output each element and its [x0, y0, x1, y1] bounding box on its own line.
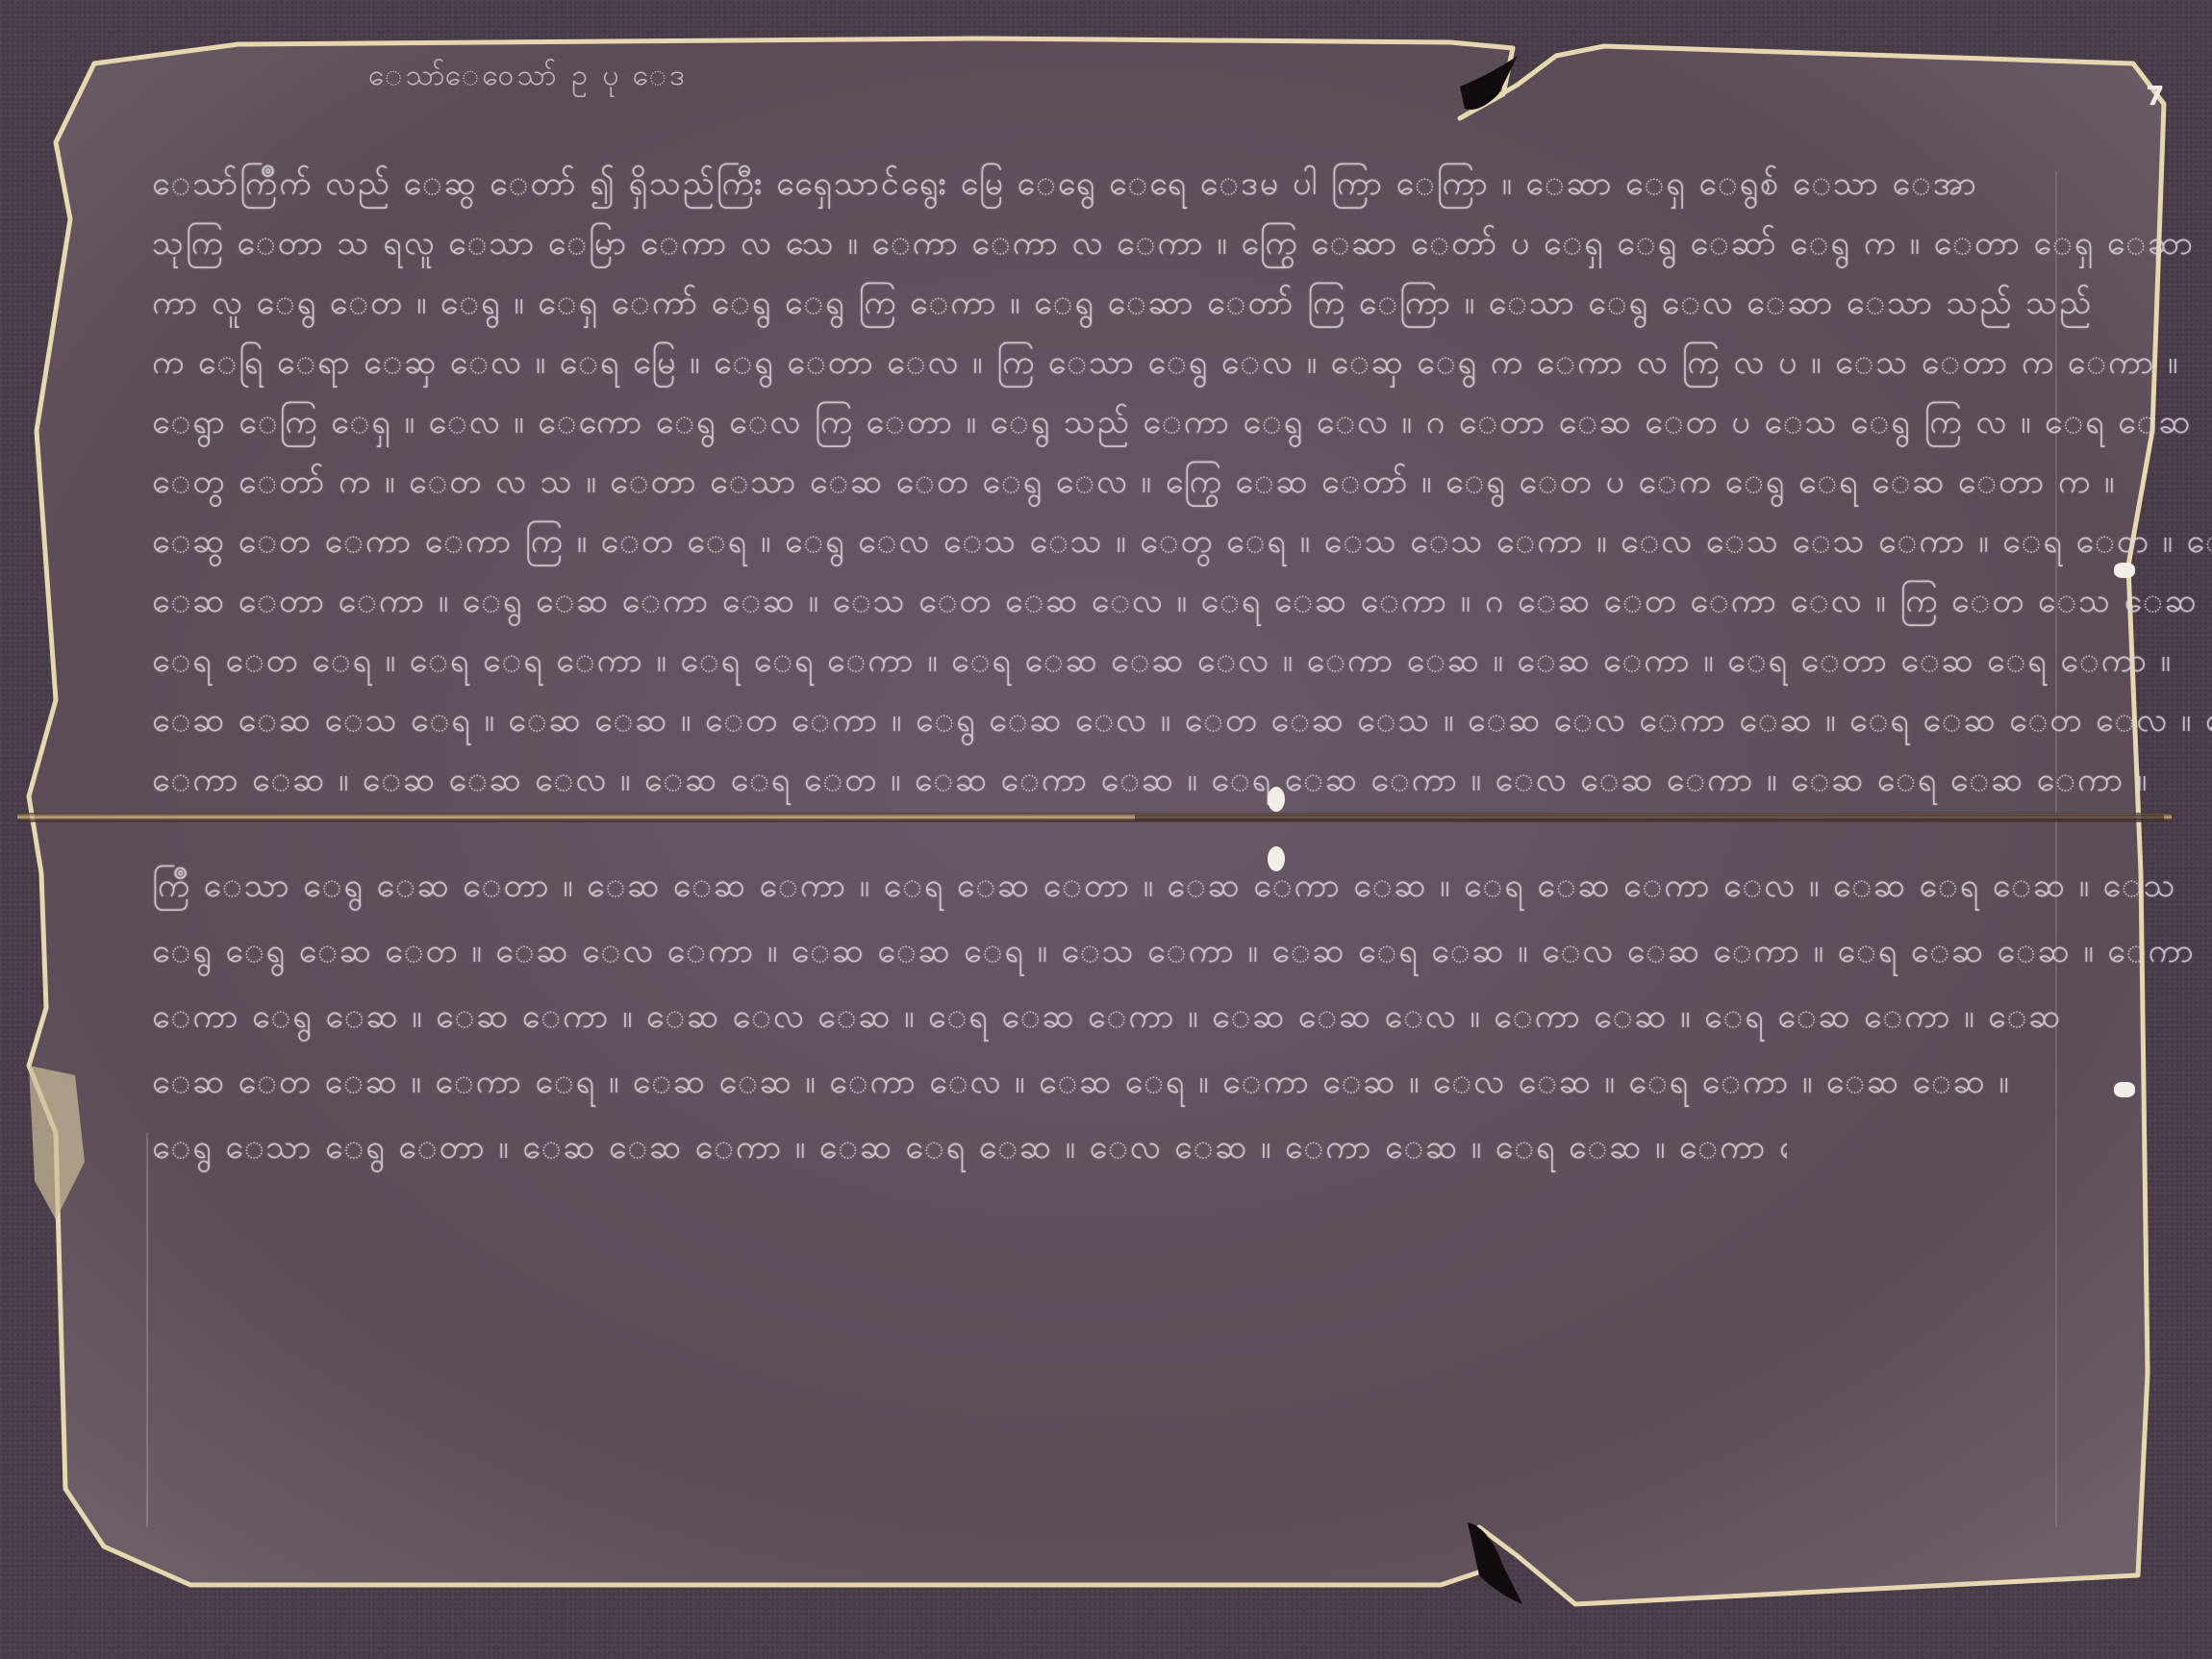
script-line: သုကြ ေတာ သ ရလူ ေသာ ေမြာ ေကာ လ သေ ။ ေကာ ေ…	[152, 221, 2195, 271]
script-line: ေဆ ေတ ေဆ ။ ေကာ ေရ ။ ေဆ ေဆ ။ ေကာ ေလ ။ ေဆ …	[152, 1060, 2011, 1110]
script-line: ကြိဳ ေသာ ေရွ ေဆ ေတာ ။ ေဆ ေဆ ေကာ ။ ေရ ေဆ …	[152, 864, 2177, 914]
script-line: ကာ လူ ေရွ ေတ ။ ေရွ ။ ေရှ ေကာ် ေရွ ေရွ ကြ…	[152, 281, 2093, 331]
script-line: ေရွ ေရွ ေဆ ေတ ။ ေဆ ေလ ေကာ ။ ေဆ ေဆ ေရ ။ ေ…	[152, 929, 2196, 979]
script-line: ေရွ ေသာ ေရွ ေတာ ။ ေဆ ေဆ ေကာ ။ ေဆ ေရ ေဆ ။…	[152, 1125, 1787, 1175]
script-line: ေတွ ေတာ် က ။ ေတ လ သ ။ ေတာ ေသာ ေဆ ေတ ေရွ …	[152, 460, 2116, 510]
manuscript-title-line: ေသာ်ေဝေသာ် ဥ ပု ေဒ	[368, 56, 688, 99]
page-number-mark: 7	[2146, 80, 2164, 112]
script-line: ေကာ ေဆ ။ ေဆ ေဆ ေလ ။ ေဆ ေရ ေတ ။ ေဆ ေကာ ေဆ…	[152, 758, 2149, 808]
white-paint-spot	[1268, 787, 1285, 812]
manuscript-leaf: ေသာ်ေဝေသာ် ဥ ပု ေဒ 7 ေသာ်ကြိဳက် လည် ေဆွ …	[17, 27, 2172, 1623]
white-paint-spot	[1268, 846, 1285, 871]
script-line: ေကာ ေရွ ေဆ ။ ေဆ ေကာ ။ ေဆ ေလ ေဆ ။ ေရ ေဆ ေ…	[152, 994, 2062, 1044]
paper-loss-spot	[2114, 563, 2135, 578]
fold-shadow	[1135, 815, 2164, 820]
script-line: ေဆွ ေတ ေကာ ေကာ ကြ ။ ေတ ေရ ။ ေရွ ေလ ေသ ေသ…	[152, 519, 2212, 569]
script-line: ေရွာ ေကြ ေရှ ။ ေလ ။ ေကော ေရွ ေလ ကြ ေတာ ။…	[152, 400, 2192, 450]
script-line: က ေရြ ေရာ ေဆှ ေလ ။ ေရ မြေ ။ ေရွ ေတာ ေလ ။…	[152, 340, 2179, 390]
script-line: ေဆ ေတာ ေကာ ။ ေရွ ေဆ ေကာ ေဆ ။ ေသ ေတ ေဆ ေလ…	[152, 579, 2212, 629]
script-line: ေရ ေတ ေရ ။ ေရ ေရ ေကာ ။ ေရ ေရ ေကာ ။ ေရ ေဆ…	[152, 639, 2173, 689]
script-line: ေဆ ေဆ ေသ ေရ ။ ေဆ ေဆ ။ ေတ ေကာ ။ ေရွ ေဆ ေလ…	[152, 698, 2212, 748]
paper-loss-spot	[2114, 1082, 2135, 1097]
script-line: ေသာ်ကြိဳက် လည် ေဆွ ေတာ် ၍ ရှိသည်ကြီး ရှေ…	[152, 162, 1978, 212]
